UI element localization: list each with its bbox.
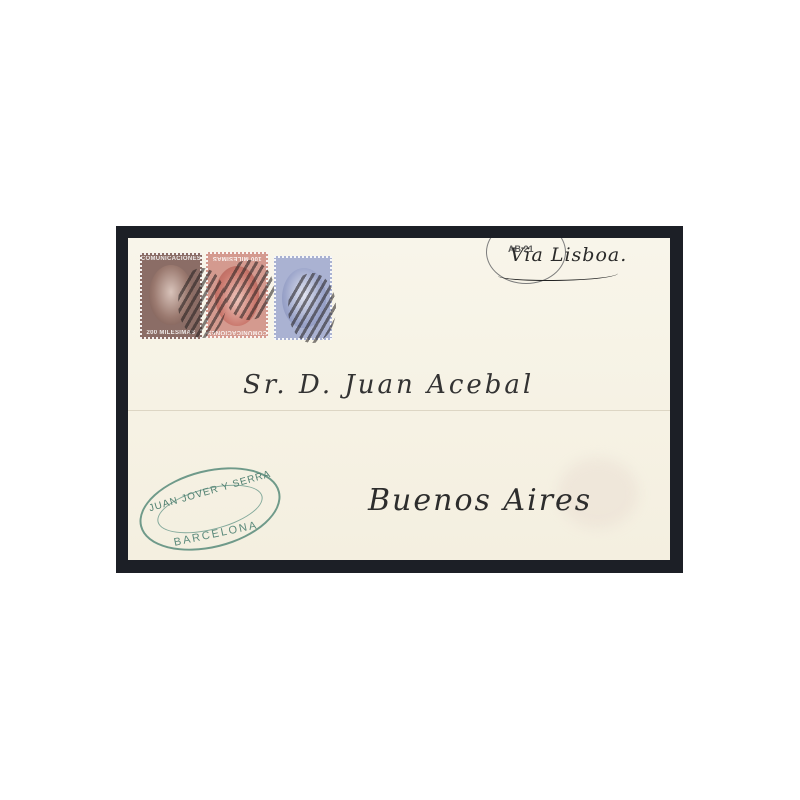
fold-line [128, 410, 670, 411]
grid-cancel [178, 268, 226, 338]
addressee: Sr. D. Juan Acebal [243, 370, 534, 400]
grid-cancel [224, 260, 274, 320]
flourish [498, 268, 618, 281]
destination: Buenos Aires [368, 483, 592, 518]
letter-cover: COMUNICACIONES 200 MILESIMAS COMUNICACIO… [128, 238, 670, 560]
grid-cancel [288, 273, 336, 343]
routing-note: Via Lisboa. [510, 244, 627, 266]
